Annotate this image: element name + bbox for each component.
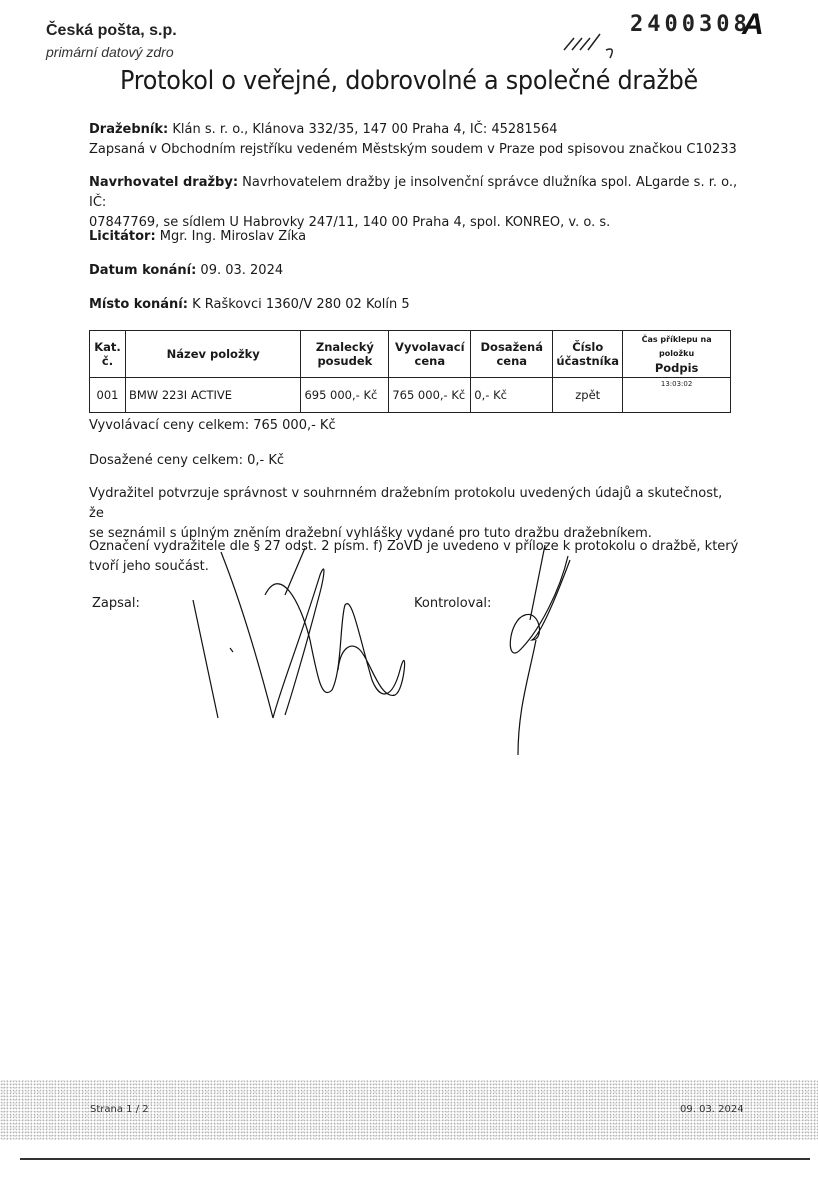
footer-divider xyxy=(20,1158,810,1160)
licitator-value: Mgr. Ing. Miroslav Zíka xyxy=(160,229,306,244)
cell-item-name: BMW 223I ACTIVE xyxy=(125,378,300,413)
proposer-section: Navrhovatel dražby: Navrhovatelem dražby… xyxy=(89,173,739,233)
auctioneer-section: Dražebník: Klán s. r. o., Klánova 332/35… xyxy=(89,120,739,160)
auctioneer-value: Klán s. r. o., Klánova 332/35, 147 00 Pr… xyxy=(172,122,557,137)
header-item-name: Název položky xyxy=(125,331,300,378)
page-number: Strana 1 / 2 xyxy=(90,1104,149,1115)
place-label: Místo konání: xyxy=(89,297,188,312)
table-header-row: Kat. č. Název položky Znaleckýposudek Vy… xyxy=(90,331,731,378)
header-achieved: Dosaženácena xyxy=(471,331,553,378)
starting-total: Vyvolávací ceny celkem: 765 000,- Kč xyxy=(89,416,739,436)
cell-hammer-time: 13:03:02 xyxy=(623,378,731,413)
handwritten-marks-icon xyxy=(560,20,640,60)
cell-achieved-price: 0,- Kč xyxy=(471,378,553,413)
reference-suffix: A xyxy=(742,8,764,42)
date-label: Datum konání: xyxy=(89,263,196,278)
reference-number: 2400308 xyxy=(630,12,751,37)
confirmation-statement: Vydražitel potvrzuje správnost v souhrnn… xyxy=(89,484,739,544)
header-starting: Vyvolavacícena xyxy=(389,331,471,378)
footer-date: 09. 03. 2024 xyxy=(680,1104,744,1115)
table-row: 001 BMW 223I ACTIVE 695 000,- Kč 765 000… xyxy=(90,378,731,413)
place-row: Místo konání: K Raškovci 1360/V 280 02 K… xyxy=(89,295,739,315)
header-signature: Čas příklepu na položkuPodpis xyxy=(623,331,731,378)
date-value: 09. 03. 2024 xyxy=(200,263,283,278)
auctioneer-label: Dražebník: xyxy=(89,122,168,137)
items-table: Kat. č. Název položky Znaleckýposudek Vy… xyxy=(89,330,731,413)
recorded-by-label: Zapsal: xyxy=(92,594,212,614)
place-value: K Raškovci 1360/V 280 02 Kolín 5 xyxy=(192,297,410,312)
cell-expert-price: 695 000,- Kč xyxy=(301,378,389,413)
cell-cat-no: 001 xyxy=(90,378,126,413)
header-cat-no: Kat. č. xyxy=(90,331,126,378)
document-title: Protokol o veřejné, dobrovolné a společn… xyxy=(33,66,786,96)
licitator-label: Licitátor: xyxy=(89,229,156,244)
proposer-label: Navrhovatel dražby: xyxy=(89,175,238,190)
header-expert: Znaleckýposudek xyxy=(301,331,389,378)
achieved-total: Dosažené ceny celkem: 0,- Kč xyxy=(89,451,739,471)
annex-statement: Označení vydražitele dle § 27 odst. 2 pí… xyxy=(89,537,739,577)
cell-starting-price: 765 000,- Kč xyxy=(389,378,471,413)
licitator-row: Licitátor: Mgr. Ing. Miroslav Zíka xyxy=(89,227,739,247)
stamp-organization: Česká pošta, s.p. xyxy=(46,22,177,40)
stamp-subtitle: primární datový zdro xyxy=(46,44,174,60)
auctioneer-registry: Zapsaná v Obchodním rejstříku vedeném Mě… xyxy=(89,140,739,160)
header-participant: Čísloúčastníka xyxy=(553,331,623,378)
date-row: Datum konání: 09. 03. 2024 xyxy=(89,261,739,281)
checked-by-label: Kontroloval: xyxy=(414,594,564,614)
cell-participant: zpět xyxy=(553,378,623,413)
